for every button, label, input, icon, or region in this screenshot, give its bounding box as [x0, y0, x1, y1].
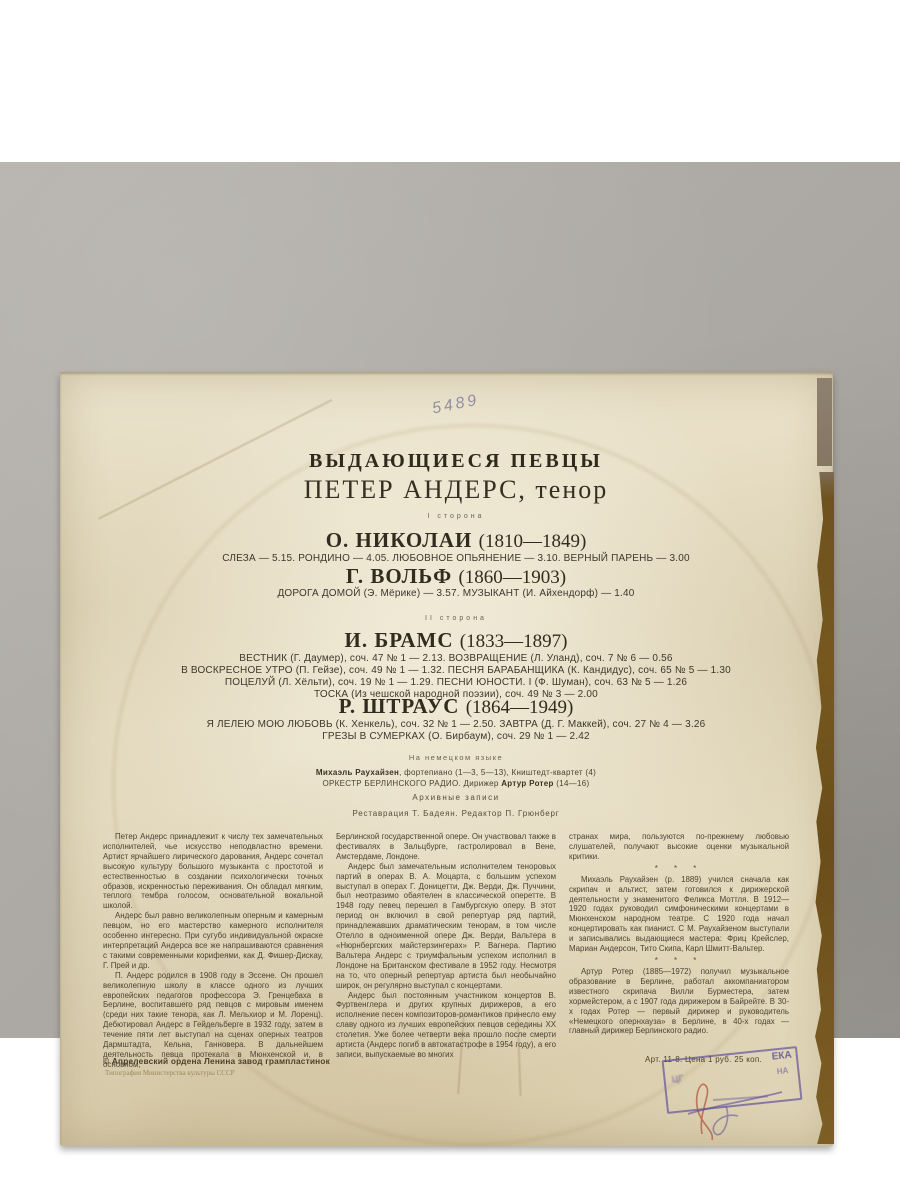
composer-heading-brahms: И. БРАМС (1833—1897) — [108, 628, 804, 653]
composer-name: Р. ШТРАУС — [339, 694, 460, 718]
track-line: В ВОСКРЕСНОЕ УТРО (П. Гейзе), соч. 49 № … — [108, 665, 804, 678]
language-note: На немецком языке — [108, 753, 804, 762]
section-separator: * * * — [569, 862, 789, 875]
composer-years: (1810—1849) — [479, 531, 587, 552]
liner-notes-column-middle: Берлинской государственной опере. Он уча… — [336, 832, 556, 1070]
product-photo-page: 5489 ВЫДАЮЩИЕСЯ ПЕВЦЫ ПЕТЕР АНДЕРС, тено… — [0, 0, 900, 1200]
composer-years: (1864—1949) — [466, 697, 574, 718]
composer-name: О. НИКОЛАИ — [326, 528, 473, 552]
composer-years: (1860—1903) — [458, 567, 566, 588]
archive-note: Архивные записи — [108, 793, 804, 802]
liner-paragraph: странах мира, пользуются по-прежнему люб… — [569, 832, 789, 862]
grey-backdrop: 5489 ВЫДАЮЩИЕСЯ ПЕВЦЫ ПЕТЕР АНДЕРС, тено… — [0, 162, 900, 1038]
track-line: Я ЛЕЛЕЮ МОЮ ЛЮБОВЬ (К. Хенкель), соч. 32… — [108, 719, 804, 732]
composer-heading-wolf: Г. ВОЛЬФ (1860—1903) — [108, 564, 804, 589]
composer-years: (1833—1897) — [460, 631, 568, 652]
handwritten-number: 5489 — [431, 392, 481, 419]
conductor-name: Артур Ротер — [501, 779, 554, 788]
side2-label: II сторона — [108, 615, 804, 622]
side1-label: I сторона — [108, 513, 804, 520]
composer-name: Г. ВОЛЬФ — [346, 564, 452, 588]
performers-line-2: ОРКЕСТР БЕРЛИНСКОГО РАДИО. Дирижер Артур… — [108, 778, 804, 789]
conductor-tracks: (14—16) — [554, 779, 590, 788]
series-title: ВЫДАЮЩИЕСЯ ПЕВЦЫ — [108, 450, 804, 473]
orchestra-name: ОРКЕСТР БЕРЛИНСКОГО РАДИО. Дирижер — [323, 779, 502, 788]
printer-credit: Типография Министерства культуры СССР — [105, 1069, 235, 1077]
liner-notes: Петер Андерс принадлежит к числу тех зам… — [103, 832, 789, 1070]
performer-detail: , фортепиано (1—3, 5—13), Кништедт-кварт… — [399, 768, 596, 777]
liner-paragraph: П. Андерс родился в 1908 году в Эссене. … — [103, 971, 323, 1070]
liner-paragraph: Андерс был замечательным исполнителем те… — [336, 862, 556, 991]
liner-paragraph: Артур Ротер (1885—1972) получил музыкаль… — [569, 967, 789, 1036]
composer-heading-nikolai: О. НИКОЛАИ (1810—1849) — [108, 528, 804, 553]
liner-paragraph: Михаэль Раухайзен (р. 1889) учился снача… — [569, 875, 789, 954]
composer-name: И. БРАМС — [345, 628, 454, 652]
composer-heading-strauss: Р. ШТРАУС (1864—1949) — [108, 694, 804, 719]
publisher-credit: © Апрелевский ордена Ленина завод грампл… — [103, 1056, 330, 1066]
liner-paragraph: Андерс был равно великолепным оперным и … — [103, 911, 323, 970]
section-separator: * * * — [569, 954, 789, 967]
artist-title: ПЕТЕР АНДЕРС, тенор — [108, 475, 804, 505]
liner-notes-column-left: Петер Андерс принадлежит к числу тех зам… — [103, 832, 323, 1070]
performer-name: Михаэль Раухайзен — [316, 768, 399, 777]
handwritten-signature — [640, 1042, 820, 1152]
track-line: ДОРОГА ДОМОЙ (Э. Мёрике) — 3.57. МУЗЫКАН… — [108, 588, 804, 601]
worn-edge-patch — [817, 378, 832, 466]
performers-line-1: Михаэль Раухайзен, фортепиано (1—3, 5—13… — [108, 767, 804, 778]
track-line: ПОЦЕЛУЙ (Л. Хёльти), соч. 19 № 1 — 1.29.… — [108, 677, 804, 690]
track-line: ГРЕЗЫ В СУМЕРКАХ (О. Бирбаум), соч. 29 №… — [108, 731, 804, 744]
liner-paragraph: Андерс был постоянным участником концерт… — [336, 991, 556, 1060]
restoration-credit: Реставрация Т. Бадеян. Редактор П. Грюнб… — [108, 809, 804, 818]
track-line: ВЕСТНИК (Г. Даумер), соч. 47 № 1 — 2.13.… — [108, 653, 804, 666]
liner-paragraph: Петер Андерс принадлежит к числу тех зам… — [103, 832, 323, 911]
liner-notes-column-right: странах мира, пользуются по-прежнему люб… — [569, 832, 789, 1070]
record-sleeve-back: 5489 ВЫДАЮЩИЕСЯ ПЕВЦЫ ПЕТЕР АНДЕРС, тено… — [60, 372, 833, 1146]
liner-paragraph: Берлинской государственной опере. Он уча… — [336, 832, 556, 862]
